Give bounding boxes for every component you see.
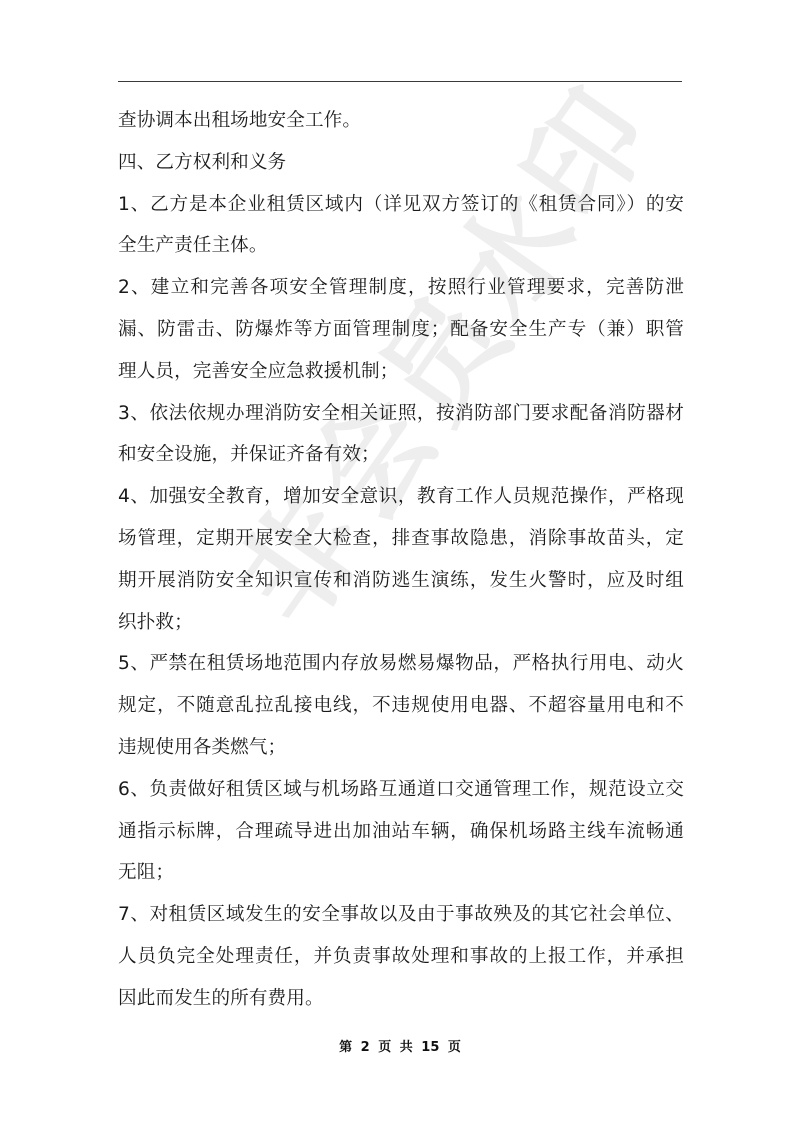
text-line: 2、建立和完善各项安全管理制度，按照行业管理要求，完善防泄 — [118, 267, 684, 309]
text-line: 4、加强安全教育，增加安全意识，教育工作人员规范操作，严格现 — [118, 476, 684, 518]
current-page-number: 2 — [361, 1040, 370, 1055]
text-line: 1、乙方是本企业租赁区域内（详见双方签订的《租赁合同》）的安 — [118, 184, 684, 226]
text-line: 无阻； — [118, 852, 684, 894]
text-line: 因此而发生的所有费用。 — [118, 978, 684, 1020]
total-pages-number: 15 — [421, 1040, 439, 1055]
footer-prefix: 第 — [339, 1040, 352, 1055]
text-line: 织扑救； — [118, 602, 684, 644]
text-line: 查协调本出租场地安全工作。 — [118, 100, 684, 142]
footer-page-unit: 页 — [378, 1040, 391, 1055]
text-line: 人员负完全处理责任，并负责事故处理和事故的上报工作，并承担 — [118, 936, 684, 978]
text-line: 3、依法依规办理消防安全相关证照，按消防部门要求配备消防器材 — [118, 393, 684, 435]
text-line: 规定，不随意乱拉乱接电线，不违规使用电器、不超容量用电和不 — [118, 685, 684, 727]
text-line: 期开展消防安全知识宣传和消防逃生演练，发生火警时，应及时组 — [118, 560, 684, 602]
page-number-footer: 第 2 页 共 15 页 — [0, 1036, 800, 1055]
text-line: 7、对租赁区域发生的安全事故以及由于事故殃及的其它社会单位、 — [118, 894, 684, 936]
text-line: 和安全设施，并保证齐备有效； — [118, 434, 684, 476]
footer-total-label: 共 — [400, 1040, 413, 1055]
section-heading: 四、乙方权利和义务 — [118, 142, 684, 184]
text-line: 违规使用各类燃气； — [118, 727, 684, 769]
header-rule — [118, 81, 682, 82]
text-line: 5、严禁在租赁场地范围内存放易燃易爆物品，严格执行用电、动火 — [118, 643, 684, 685]
text-line: 理人员，完善安全应急救援机制； — [118, 351, 684, 393]
text-line: 场管理，定期开展安全大检查，排查事故隐患，消除事故苗头，定 — [118, 518, 684, 560]
document-body: 查协调本出租场地安全工作。 四、乙方权利和义务 1、乙方是本企业租赁区域内（详见… — [118, 100, 684, 1020]
text-line: 全生产责任主体。 — [118, 225, 684, 267]
text-line: 6、负责做好租赁区域与机场路互通道口交通管理工作，规范设立交 — [118, 769, 684, 811]
text-line: 通指示标牌，合理疏导进出加油站车辆，确保机场路主线车流畅通 — [118, 811, 684, 853]
footer-suffix: 页 — [448, 1040, 461, 1055]
text-line: 漏、防雷击、防爆炸等方面管理制度；配备安全生产专（兼）职管 — [118, 309, 684, 351]
